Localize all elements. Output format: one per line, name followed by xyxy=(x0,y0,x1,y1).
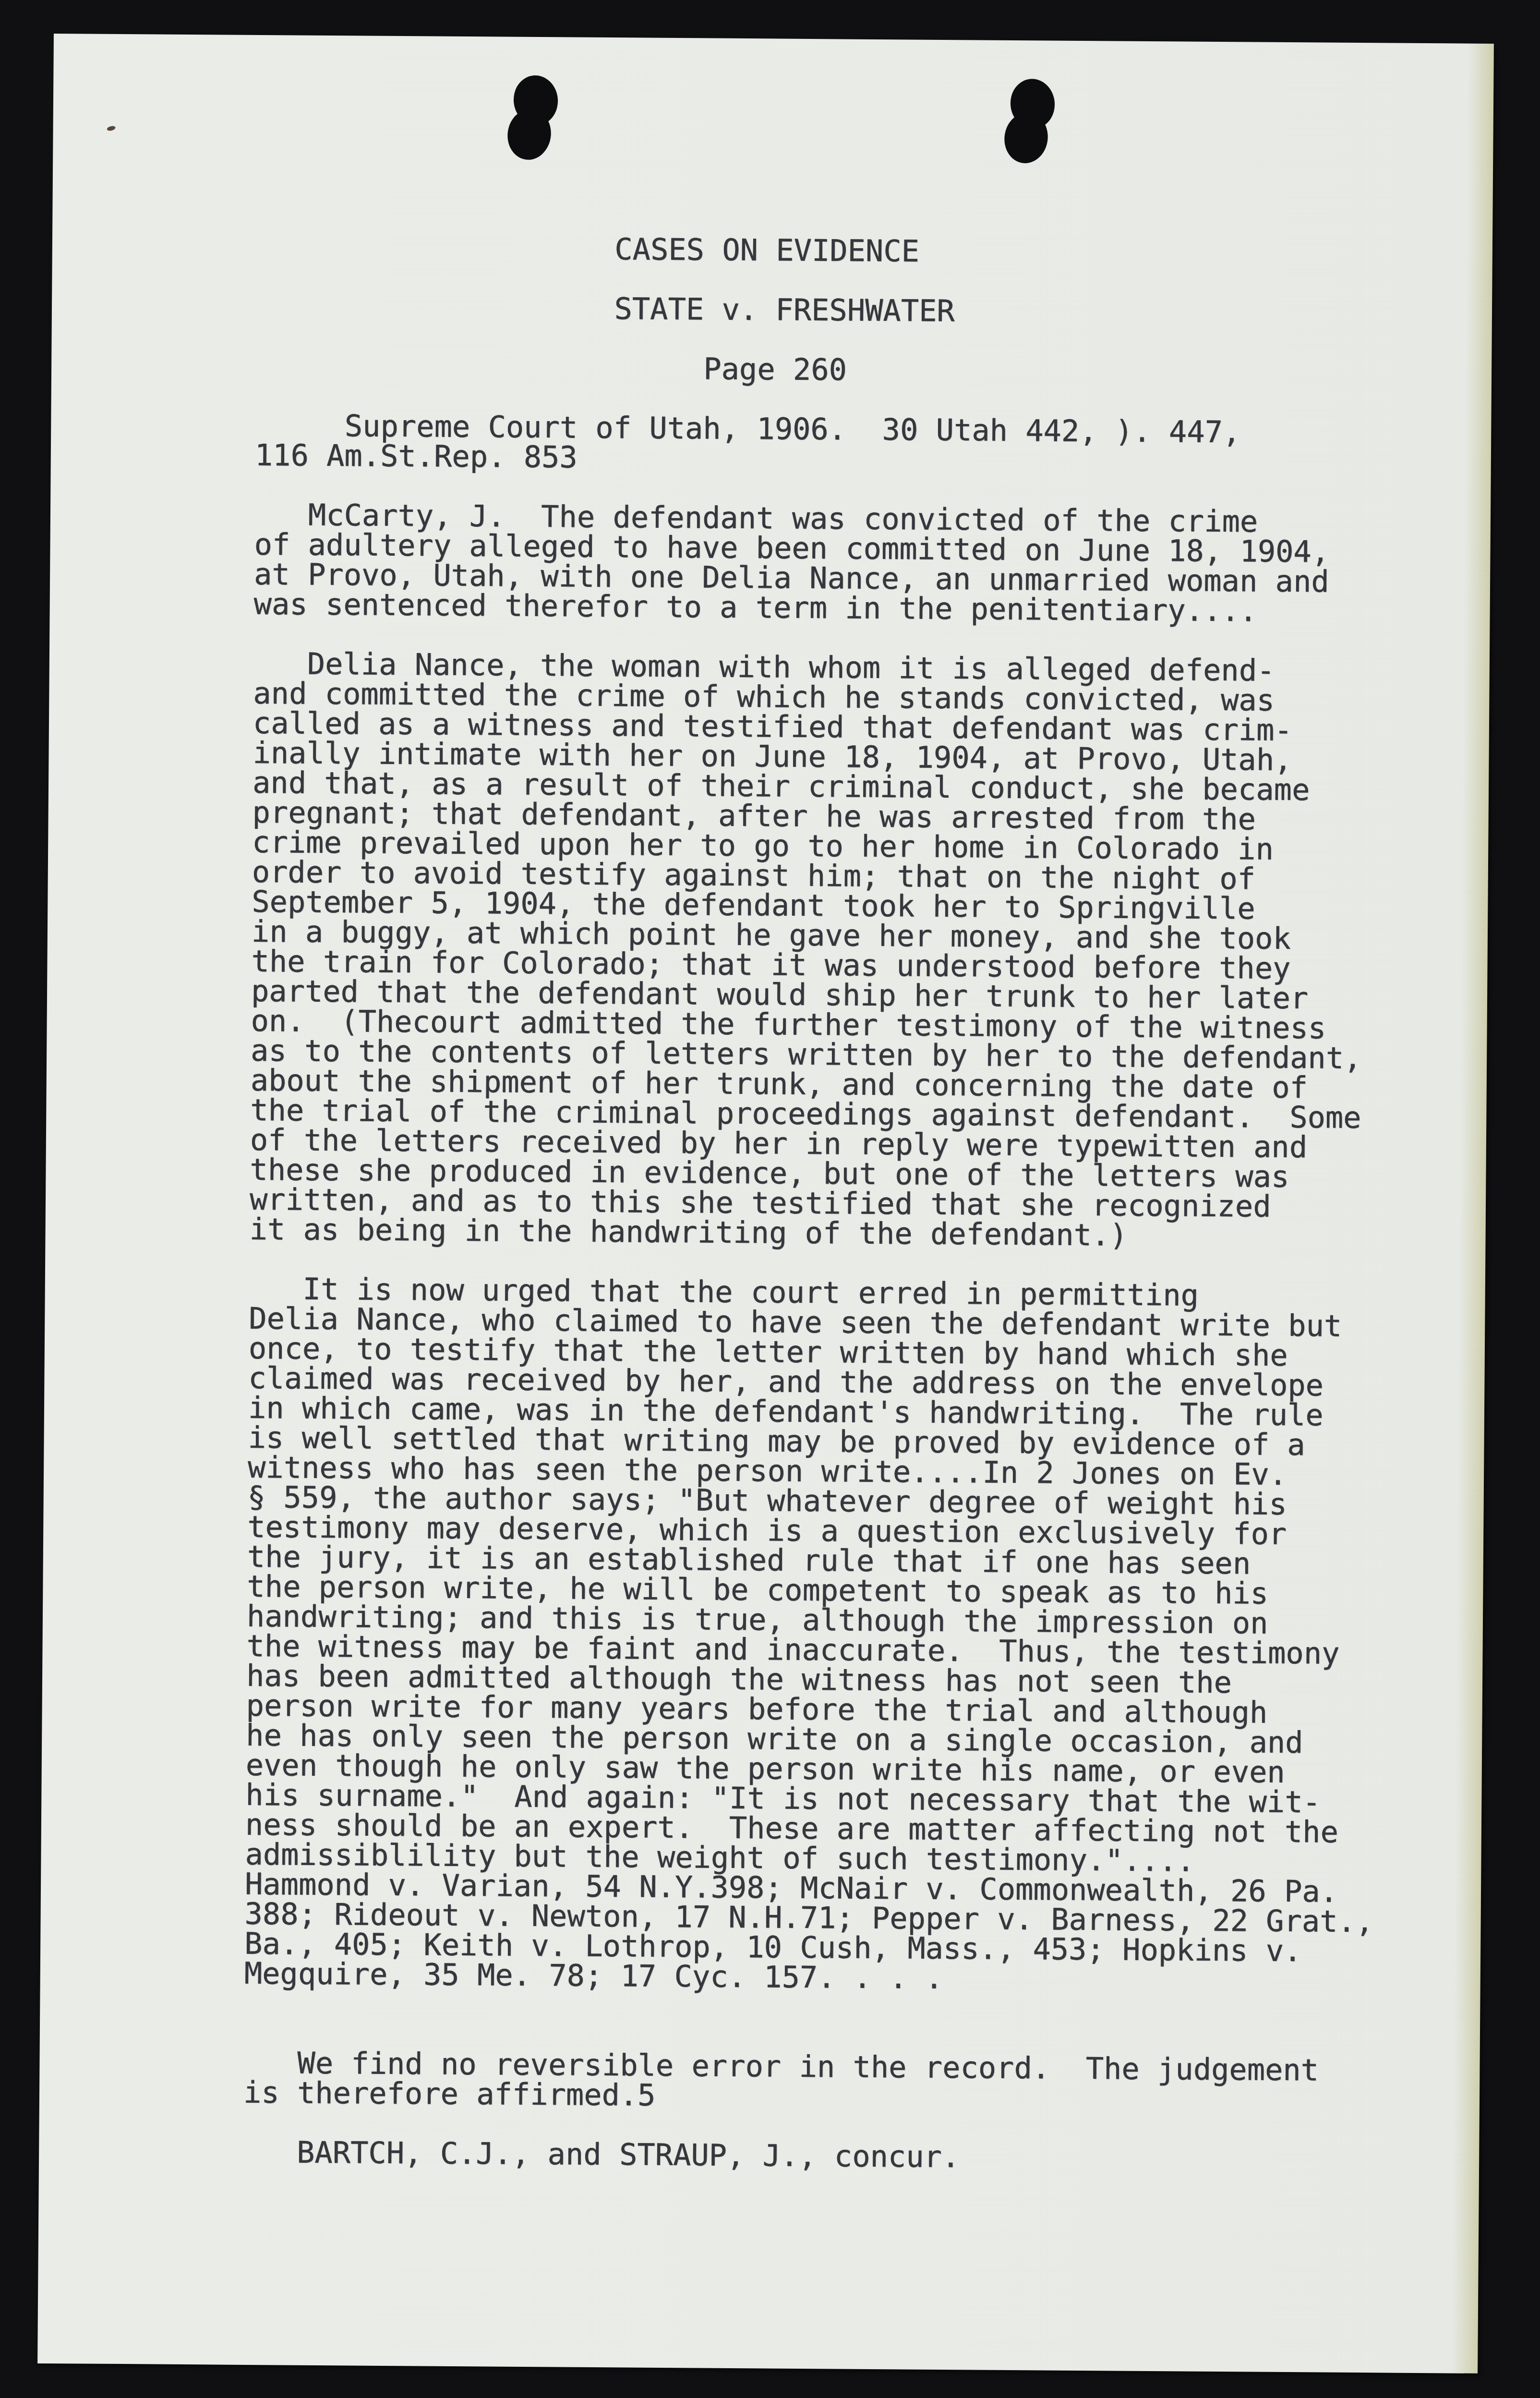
concurrence-line: BARTCH, C.J., and STRAUP, J., concur. xyxy=(243,2137,1450,2176)
citation: Supreme Court of Utah, 1906. 30 Utah 442… xyxy=(255,411,1463,479)
case-name: STATE v. FRESHWATER xyxy=(256,291,1463,330)
scan-background: CASES ON EVIDENCE STATE v. FRESHWATER Pa… xyxy=(0,0,1540,2398)
typed-line: CASES ON EVIDENCE xyxy=(256,232,1464,270)
opinion-paragraph-2: Delia Nance, the woman with whom it is a… xyxy=(249,649,1461,1253)
ink-speck xyxy=(107,125,116,132)
doc-title: CASES ON EVIDENCE xyxy=(256,232,1464,270)
hole-punch-left xyxy=(507,75,562,160)
opinion-paragraph-4: We find no reversible error in the recor… xyxy=(243,2048,1451,2116)
opinion-paragraph-1: McCarty, J. The defendant was convicted … xyxy=(254,500,1462,628)
paper-sheet: CASES ON EVIDENCE STATE v. FRESHWATER Pa… xyxy=(37,34,1494,2374)
typed-line: BARTCH, C.J., and STRAUP, J., concur. xyxy=(243,2137,1450,2176)
typed-line: STATE v. FRESHWATER xyxy=(256,291,1463,330)
page-number: Page 260 xyxy=(255,351,1463,389)
opinion-paragraph-3: It is now urged that the court erred in … xyxy=(244,1274,1456,1997)
hole-punch-right xyxy=(1004,79,1059,164)
typed-text: CASES ON EVIDENCE STATE v. FRESHWATER Pa… xyxy=(243,232,1464,2175)
typed-line: Page 260 xyxy=(255,351,1463,389)
